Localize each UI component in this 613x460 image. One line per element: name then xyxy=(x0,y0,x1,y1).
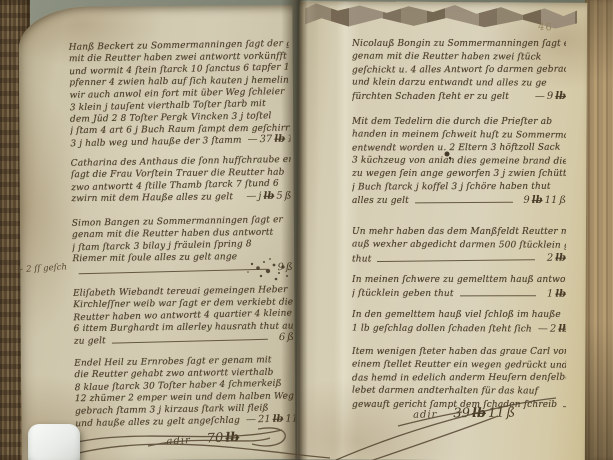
handwritten-line: genam mit die Reutter haben zwei ſtück xyxy=(352,51,566,65)
damaged-page-top-edge xyxy=(305,3,577,28)
manuscript-paragraph: Hanß Beckert zu Sommermanningen ſagt der… xyxy=(69,38,291,150)
white-page-weight xyxy=(28,424,80,460)
handwritten-line: In meinen ſchwere zu gemelttem hauß antw… xyxy=(352,274,566,287)
manuscript-paragraph: Simon Bangen zu Sommermanningen ſagt erg… xyxy=(72,214,293,278)
handwritten-line: zu wegen ſein ange geworfen 3 j zwien ſc… xyxy=(352,168,566,181)
left-page-text-block: Hanß Beckert zu Sommermanningen ſagt der… xyxy=(69,38,296,430)
left-manuscript-page: Hanß Beckert zu Sommermanningen ſagt der… xyxy=(18,5,295,460)
handwritten-line: geſchickt u. 4 alles Antwort ſo darmen g… xyxy=(352,64,566,78)
total-label: adir xyxy=(166,435,191,447)
handwritten-line: entwendt worden u. 2 Eltern 3 höftzoll S… xyxy=(352,142,566,156)
amount: —2lb xyxy=(532,322,566,335)
handwritten-line: thut2lb xyxy=(352,252,566,267)
ink-rule-leader xyxy=(79,269,267,275)
handwritten-line: Un mehr haben das dem Manßfeldt Reutter … xyxy=(352,226,566,239)
manuscript-paragraph: Catharina des Anthaus die ſonn hufſchrau… xyxy=(71,154,292,206)
folio-number: 46 xyxy=(538,21,553,33)
handwritten-line: 3 küchzeug von anian dies gemeine brand … xyxy=(352,155,566,169)
handwritten-line: Mit dem Tedelirn die durch die Prieſter … xyxy=(352,116,566,129)
right-page-total: adir 39lb11ß xyxy=(413,405,515,421)
manuscript-paragraph: Nicolauß Bongin zu Sommermanningen ſagt … xyxy=(352,38,566,104)
ink-rule-leader xyxy=(377,259,535,262)
manuscript-paragraph: Eliſabeth Wiebandt tereuai gemeingen Heb… xyxy=(73,284,294,348)
manuscript-paragraph: In meinen ſchwere zu gemelttem hauß antw… xyxy=(352,274,566,301)
handwritten-line: j Buch ſtarck j koffel 3 j ſchöre haben … xyxy=(352,181,566,195)
total-amount: 39lb11ß xyxy=(447,405,515,421)
left-page-total: adir 70lb xyxy=(166,430,239,448)
handwritten-line: Nicolauß Bongin zu Sommermanningen ſagt … xyxy=(352,38,566,51)
manuscript-paragraph: Mit dem Tedelirn die durch die Prieſter … xyxy=(352,116,566,208)
amount: 2lb xyxy=(541,252,566,265)
book-gutter-shadow xyxy=(281,0,317,460)
handwritten-line: 1 lb geſchlag dollen ſchaden ſteht ſich—… xyxy=(352,322,566,337)
manuscript-photo: Hanß Beckert zu Sommermanningen ſagt der… xyxy=(0,0,613,460)
amount: 9lb11ß xyxy=(517,194,566,207)
handwritten-line: alles zu gelt9lb11ß xyxy=(352,194,566,208)
right-manuscript-page: Nicolauß Bongin zu Sommermanningen ſagt … xyxy=(297,1,587,460)
ink-rule-leader xyxy=(563,406,566,407)
handwritten-line: einem ſtellet Reutter ein wegen gedrückt… xyxy=(352,359,566,373)
ink-rule-leader xyxy=(112,339,268,344)
amount: 1lb xyxy=(541,288,566,301)
manuscript-paragraph: Item wenigen ſteter haben das graue Carl… xyxy=(352,346,566,412)
margin-annotation: + 2 ſſ geſch xyxy=(16,262,67,275)
handwritten-line: handen in meinem ſchweit huſt zu Sommerm… xyxy=(352,129,566,143)
handwritten-line: auß wexher abgedicht darmen 500 ſtücklei… xyxy=(352,239,566,253)
manuscript-paragraph: In den gemelttem hauß viel ſchloß im hau… xyxy=(352,309,566,336)
right-fore-edge-page-stack xyxy=(585,0,613,460)
handwritten-line: zwirn mit dem Hauße alles zu gelt—jlb5ß xyxy=(71,190,291,205)
handwritten-line: und klein darzu entwandt und alles zu ge xyxy=(352,77,566,91)
total-label: adir xyxy=(413,409,437,420)
ink-rule-leader xyxy=(415,202,513,204)
handwritten-line: In den gemelttem hauß viel ſchloß im hau… xyxy=(352,309,566,322)
ink-rule-leader xyxy=(460,295,536,296)
handwritten-line: Item wenigen ſteter haben das graue Carl… xyxy=(352,346,566,359)
handwritten-line: fürchten Schaden ſteht er zu gelt—9lb xyxy=(352,90,566,104)
amount: —9lb xyxy=(529,90,566,103)
total-amount: 70lb xyxy=(200,430,239,447)
right-page-text-block: Nicolauß Bongin zu Sommermanningen ſagt … xyxy=(352,38,566,412)
manuscript-paragraph: Un mehr haben das dem Manßfeldt Reutter … xyxy=(352,226,566,266)
handwritten-line: lebet darmen andterhalten für das kauf xyxy=(352,385,566,399)
handwritten-line: j ſtücklein geben thut1lb xyxy=(352,287,566,302)
handwritten-line: das hemd in edelich anderm Heuſern denſe… xyxy=(352,372,566,386)
manuscript-paragraph: Endel Heil zu Ernrobes ſagt er genam mit… xyxy=(74,354,295,430)
